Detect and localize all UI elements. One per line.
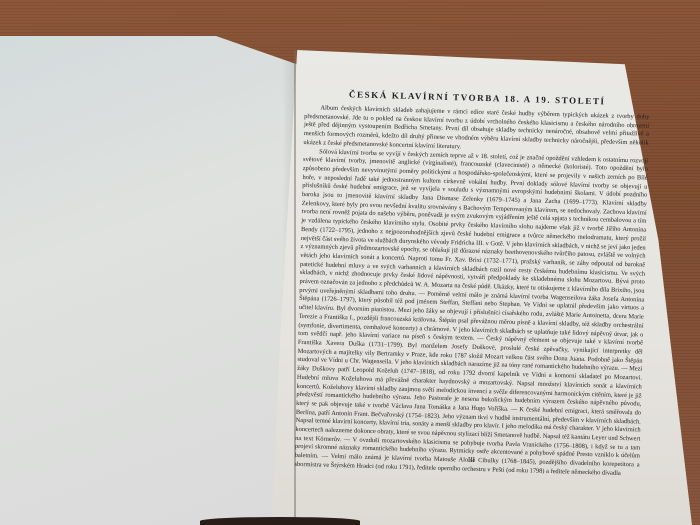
page-content: ČESKÁ KLAVÍRNÍ TVORBA 18. A 19. STOLETÍ … xyxy=(294,88,650,479)
main-paragraph: Sólová klavírní tvorba se vyvíjí v český… xyxy=(294,147,648,479)
left-page-blank xyxy=(0,36,300,525)
bottom-shadow xyxy=(200,517,360,525)
page-number: III xyxy=(468,456,475,464)
body-text: Album českých klavírních skladeb zahajuj… xyxy=(294,104,649,479)
